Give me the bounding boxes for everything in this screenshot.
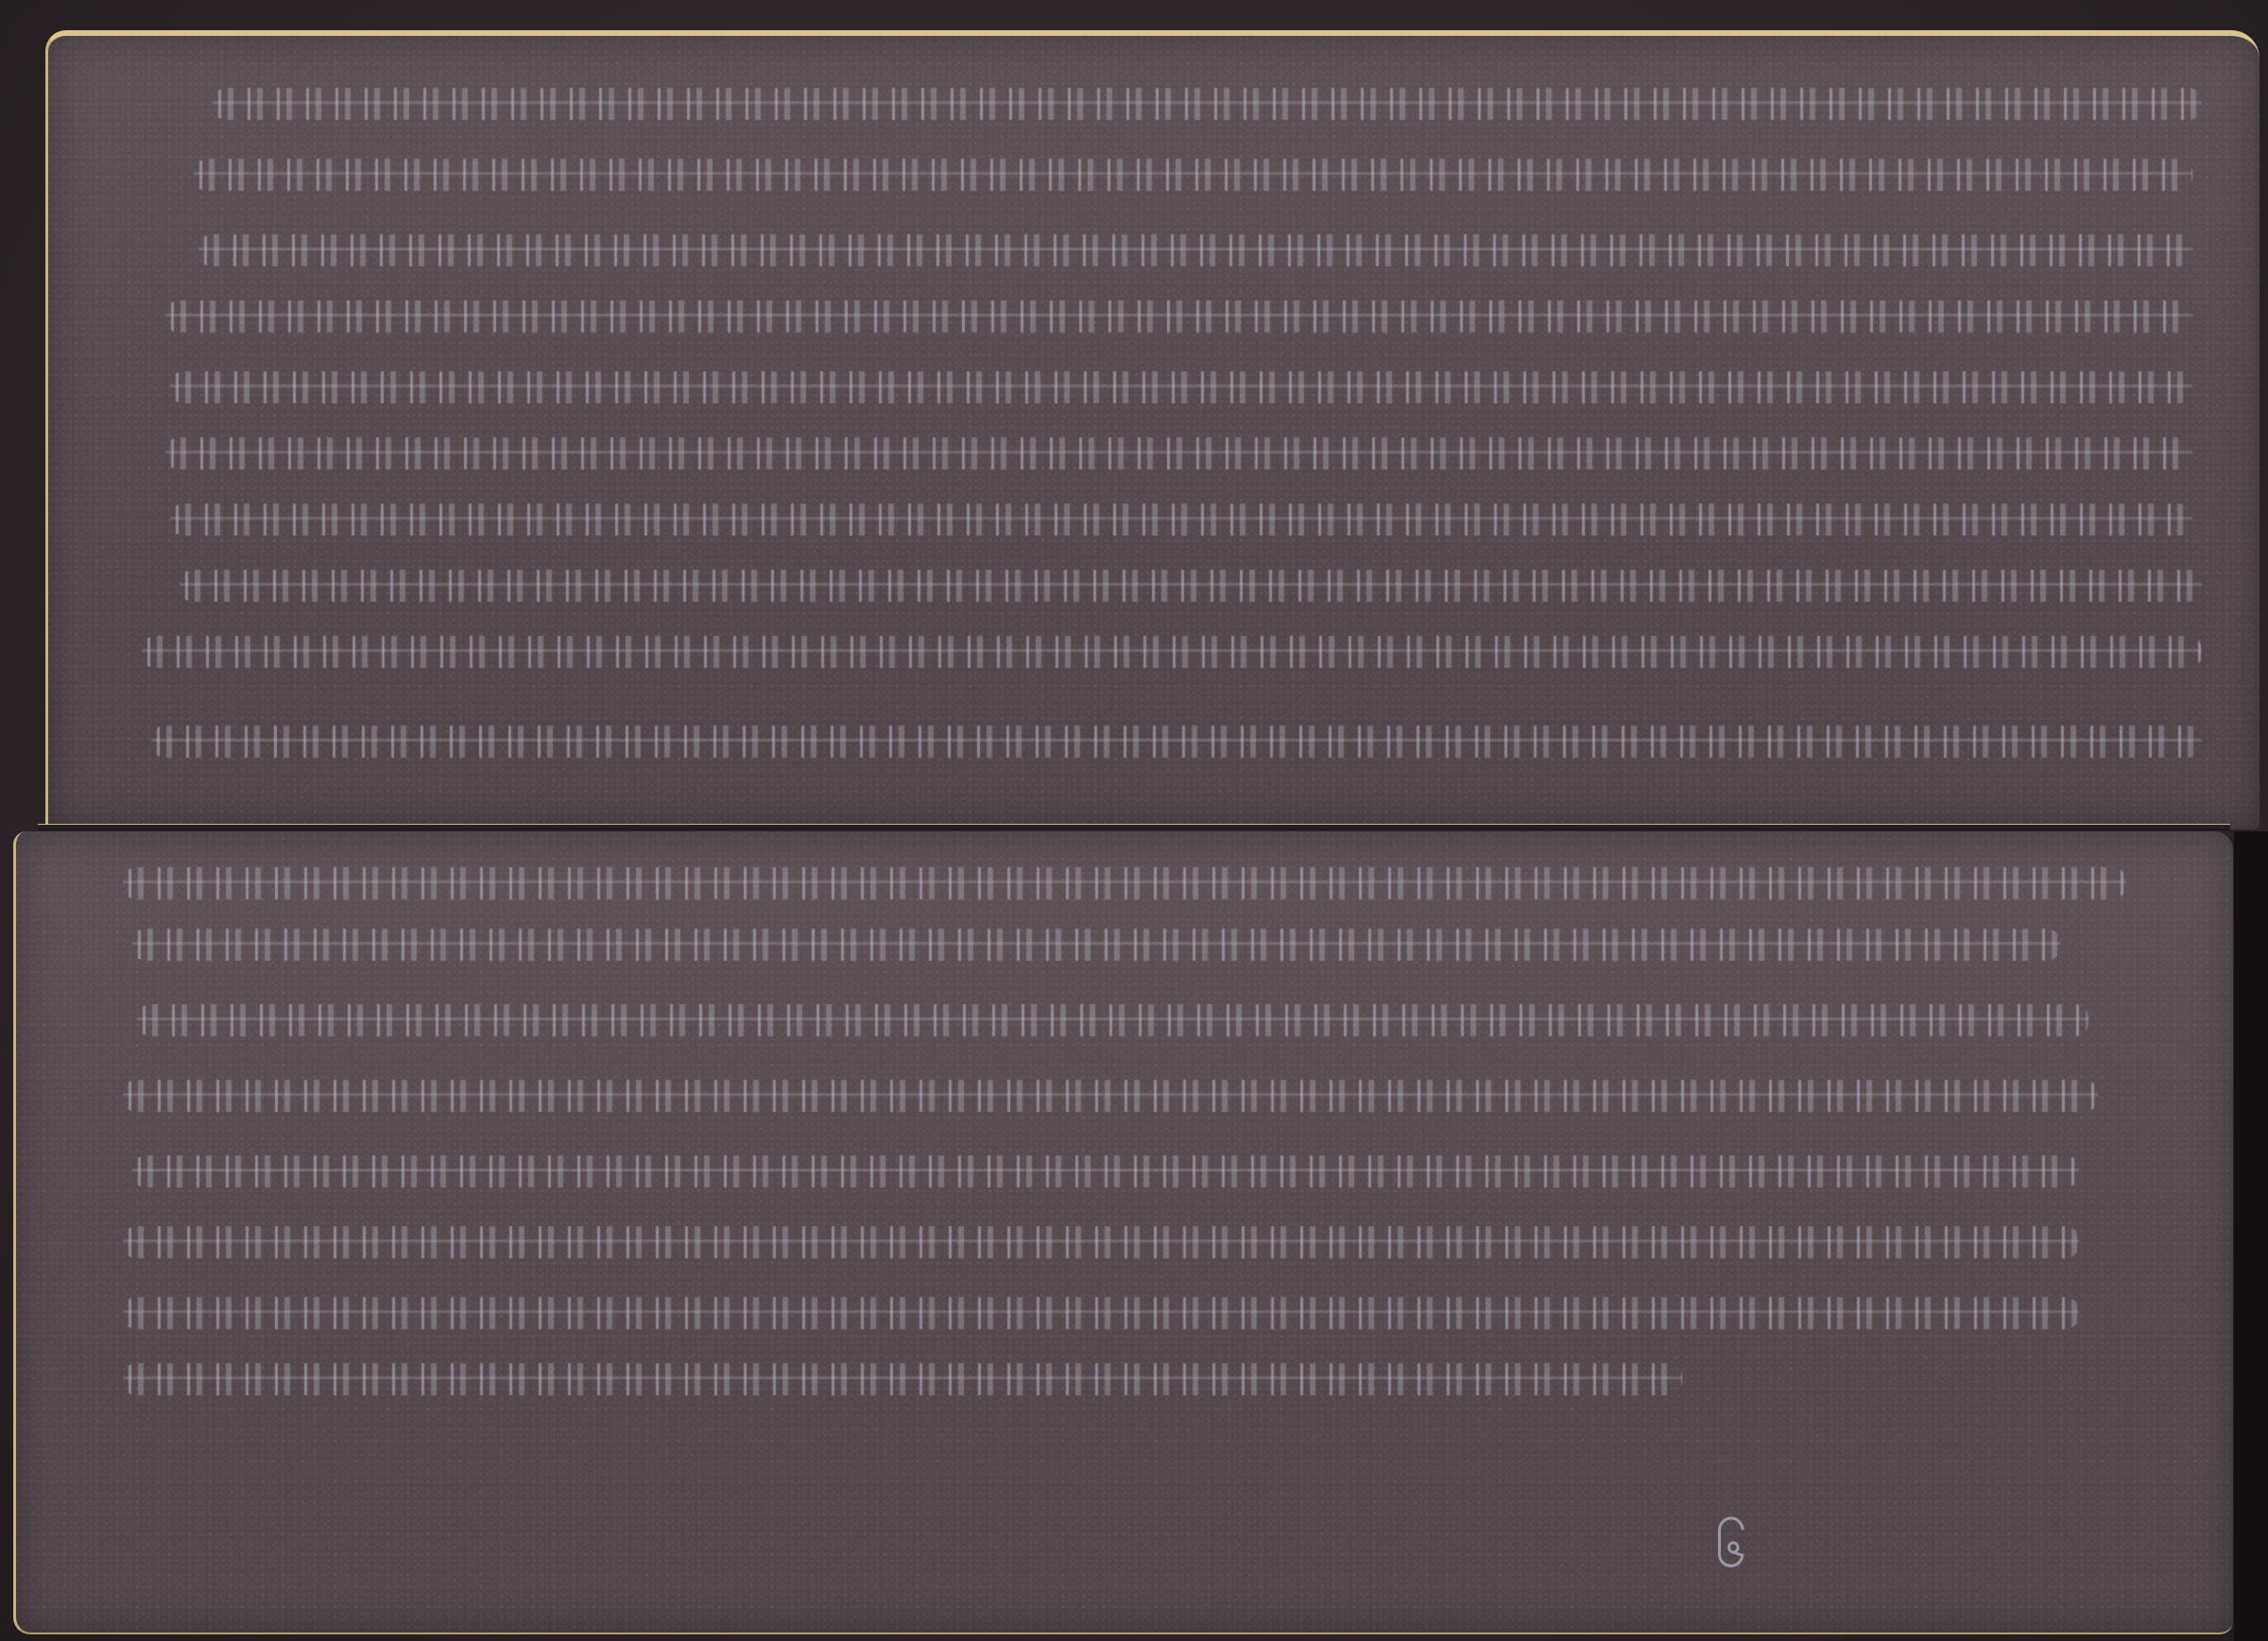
edge-shadow bbox=[2234, 831, 2268, 1641]
folio-number-mark: ၆ bbox=[1715, 1512, 1747, 1595]
manuscript-line bbox=[180, 570, 2202, 602]
manuscript-line bbox=[198, 234, 2192, 266]
manuscript-line bbox=[132, 929, 2060, 961]
fold-crease bbox=[38, 824, 2230, 830]
manuscript-line bbox=[123, 867, 2126, 899]
manuscript-line bbox=[132, 1155, 2079, 1188]
manuscript-line bbox=[151, 726, 2202, 758]
manuscript-line bbox=[165, 300, 2192, 333]
manuscript-line bbox=[137, 1004, 2088, 1036]
manuscript-line bbox=[170, 504, 2192, 536]
manuscript-folio-top bbox=[45, 30, 2259, 829]
manuscript-line bbox=[123, 1363, 1682, 1395]
manuscript-line bbox=[213, 88, 2202, 120]
manuscript-line bbox=[165, 437, 2192, 470]
manuscript-line bbox=[142, 636, 2202, 668]
manuscript-line bbox=[123, 1226, 2079, 1258]
manuscript-line bbox=[170, 371, 2192, 403]
manuscript-line bbox=[194, 159, 2192, 191]
manuscript-line bbox=[123, 1080, 2098, 1112]
manuscript-line bbox=[123, 1297, 2079, 1329]
